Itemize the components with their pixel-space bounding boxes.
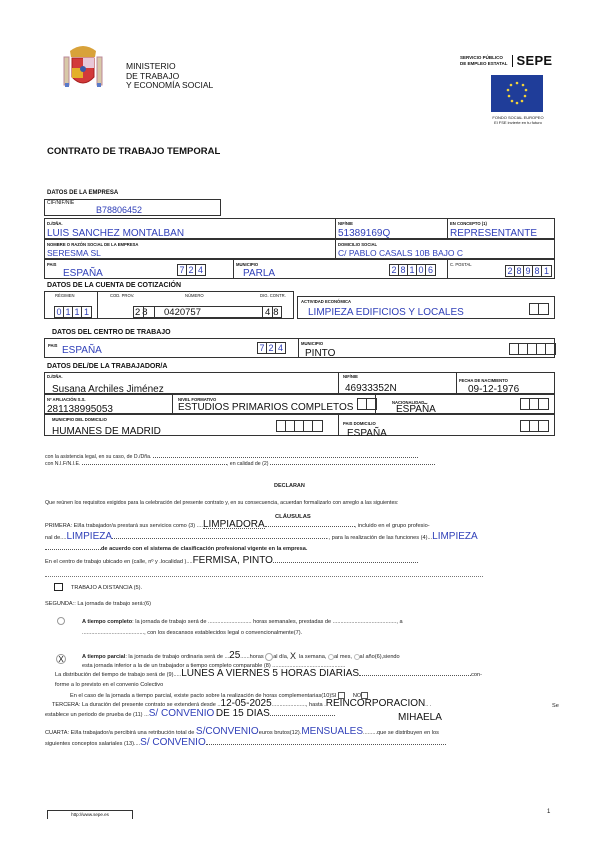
coat-of-arms-icon <box>62 43 104 91</box>
distribucion-value: LUNES A VIERNES 5 HORAS DIARIAS <box>181 668 359 679</box>
reunen-text: Que reúnen los requisitos exigidos para … <box>45 500 399 507</box>
hasta-value-2: MIHAELA <box>398 712 442 723</box>
distribucion-line: La distribución del tiempo de trabajo se… <box>55 670 482 679</box>
jornada-completa-radio[interactable] <box>57 617 65 625</box>
cif-field: CIF/NIF/NIE B78806452 <box>44 199 221 216</box>
section-trabajador: DATOS DEL/DE LA TRABAJADOR/A <box>47 363 167 370</box>
grupo-line: nal de....LIMPIEZA., para la realización… <box>45 533 478 542</box>
declaran-heading: DECLARAN <box>274 483 305 490</box>
page-number: 1 <box>547 809 550 815</box>
parcial-line: A tiempo parcial: la jornada de trabajo … <box>82 652 400 661</box>
empresa-representante: LUIS SANCHEZ MONTALBAN <box>47 228 184 239</box>
regimen-code: 0111 <box>54 306 92 318</box>
empresa-municipio-code: 28106 <box>389 264 436 276</box>
trabajador-row1: D./DÑA. Susana Archiles Jiménez NIF/NIE … <box>44 372 555 394</box>
section-empresa: DATOS DE LA EMPRESA <box>47 190 118 196</box>
sepe-logo: SERVICIO PÚBLICO DE EMPLEO ESTATAL SEPE <box>460 53 552 68</box>
nif-line: con N.I.F/N.I.E. , en calidad de (2) <box>45 461 435 468</box>
empresa-row2: NOMBRE O RAZÓN SOCIAL DE LA EMPRESA SERE… <box>44 239 555 259</box>
se-label: Se <box>552 703 559 710</box>
centro-municipio-code <box>509 343 556 355</box>
trabajo-distancia-checkbox[interactable] <box>54 583 63 591</box>
conforme-line: forme a lo previsto en el convenio Colec… <box>55 682 163 689</box>
section-cotizacion: DATOS DE LA CUENTA DE COTIZACIÓN <box>47 282 181 289</box>
empresa-row3: PAIS ESPAÑA MUNICIPIO PARLA C. POSTAL <box>44 259 555 279</box>
centro-pais-code: 724 <box>257 342 286 354</box>
sepe-link[interactable]: http://www.sepe.es <box>48 811 132 818</box>
pais-dom-code <box>520 420 549 432</box>
actividad-code <box>529 303 549 315</box>
complementarias-line: En el caso de la jornada a tiempo parcia… <box>70 692 368 700</box>
prueba-line: establece un periodo de prueba de (11) .… <box>45 710 335 719</box>
periodo-value: MENSUALES <box>301 726 363 737</box>
primera-line: PRIMERA: El/la trabajador/a prestará sus… <box>45 521 430 530</box>
empresa-pais-code: 724 <box>177 264 206 276</box>
clausulas-heading: CLÁUSULAS <box>275 514 311 521</box>
actividad-field: ACTIVIDAD ECONÓMICA LIMPIEZA EDIFICIOS Y… <box>297 296 555 319</box>
page-title: CONTRATO DE TRABAJO TEMPORAL <box>47 146 220 157</box>
footer-url-box: http://www.sepe.es <box>47 810 133 819</box>
nivel-code <box>357 398 377 410</box>
horas-value: 25 <box>229 650 240 661</box>
conceptos-line: siguientes conceptos salariales (13)....… <box>45 739 446 748</box>
ministry-name: MINISTERIO DE TRABAJO Y ECONOMÍA SOCIAL <box>126 62 213 91</box>
centro-line: En el centro de trabajo ubicado en (call… <box>45 557 418 566</box>
trabajador-row2: Nº AFILIACIÓN S.S. 281138995053 NIVEL FO… <box>44 394 555 414</box>
segunda-line: SEGUNDA:: La jornada de trabajo será:(6) <box>45 601 151 608</box>
funciones-value: LIMPIEZA <box>432 531 478 542</box>
puesto-value: LIMPIADORA <box>203 521 265 529</box>
grupo-value: LIMPIEZA <box>66 531 112 542</box>
completo-line: A tiempo completo: la jornada de trabajo… <box>82 619 403 626</box>
section-centro: DATOS DEL CENTRO DE TRABAJO <box>52 329 171 336</box>
conceptos-value: S/ CONVENIO <box>140 737 206 748</box>
trabajo-distancia-label: TRABAJO A DISTANCIA (5). <box>71 585 142 592</box>
mun-dom-code <box>276 420 323 432</box>
centro-value: FERMISA, PINTO <box>193 555 273 566</box>
completo-line-2: ........................................… <box>82 630 302 637</box>
asistencia-line: con la asistencia legal, en su caso, de … <box>45 454 418 461</box>
ccc-number: 28 0420757 48 <box>133 306 282 318</box>
fse-caption: FONDO SOCIAL EUROPEO El FSE invierte en … <box>478 115 558 125</box>
retribucion-value: S/CONVENIO <box>196 726 259 737</box>
cuarta-line: CUARTA: El/la trabajador/a percibirá una… <box>45 728 439 737</box>
empresa-row1: D./DÑA. LUIS SANCHEZ MONTALBAN NIF/NIE 5… <box>44 218 555 239</box>
centro-row: PAIS ESPAÑA MUNICIPIO PINTO <box>44 338 555 358</box>
eu-flag-icon <box>491 75 543 112</box>
fecha-hasta-value: REINCORPORACION <box>326 698 425 709</box>
acuerdo-line: de acuerdo con el sistema de clasificaci… <box>45 546 307 553</box>
jornada-parcial-radio[interactable]: X <box>56 654 66 664</box>
nacionalidad-code <box>520 398 549 410</box>
al-dia-radio[interactable] <box>265 653 273 661</box>
la-semana-radio[interactable]: X <box>290 652 299 661</box>
empresa-cp: 28981 <box>505 265 552 277</box>
prueba-value: S/ CONVENIO <box>149 708 215 719</box>
